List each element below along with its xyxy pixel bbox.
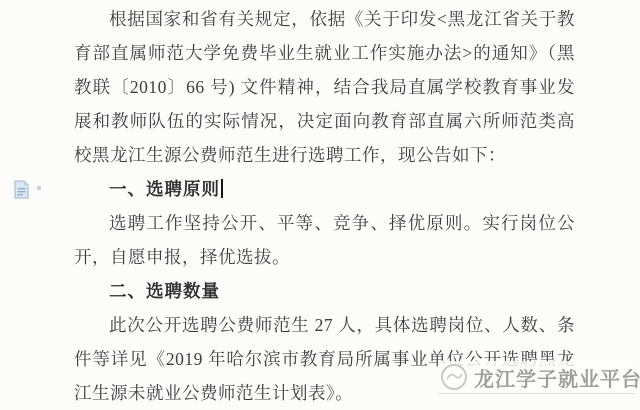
document-icon bbox=[13, 180, 30, 204]
heading-recruit-principle-text: 一、选聘原则 bbox=[109, 179, 220, 199]
document-body: 根据国家和省有关规定，依据《关于印发<黑龙江省关于教育部直属师范大学免费毕业生就… bbox=[74, 2, 575, 410]
watermark-logo-icon bbox=[440, 363, 468, 391]
heading-recruit-quantity: 二、选聘数量 bbox=[74, 274, 575, 308]
watermark-label: 龙江学子就业平台 bbox=[474, 363, 640, 392]
text-cursor bbox=[221, 179, 223, 198]
heading-recruit-principle: 一、选聘原则 bbox=[74, 172, 575, 206]
bullet-dot-icon bbox=[37, 186, 41, 190]
paragraph-principle: 选聘工作坚持公开、平等、竞争、择优原则。实行岗位公开，自愿申报，择优选拔。 bbox=[74, 206, 575, 274]
margin-marker[interactable] bbox=[13, 180, 45, 200]
paragraph-quantity: 此次公开选聘公费师范生 27 人，具体选聘岗位、人数、条件等详见《2019 年哈… bbox=[74, 308, 575, 410]
document-page: 根据国家和省有关规定，依据《关于印发<黑龙江省关于教育部直属师范大学免费毕业生就… bbox=[0, 0, 640, 410]
paragraph-intro: 根据国家和省有关规定，依据《关于印发<黑龙江省关于教育部直属师范大学免费毕业生就… bbox=[74, 2, 575, 172]
watermark: 龙江学子就业平台 bbox=[438, 361, 635, 394]
